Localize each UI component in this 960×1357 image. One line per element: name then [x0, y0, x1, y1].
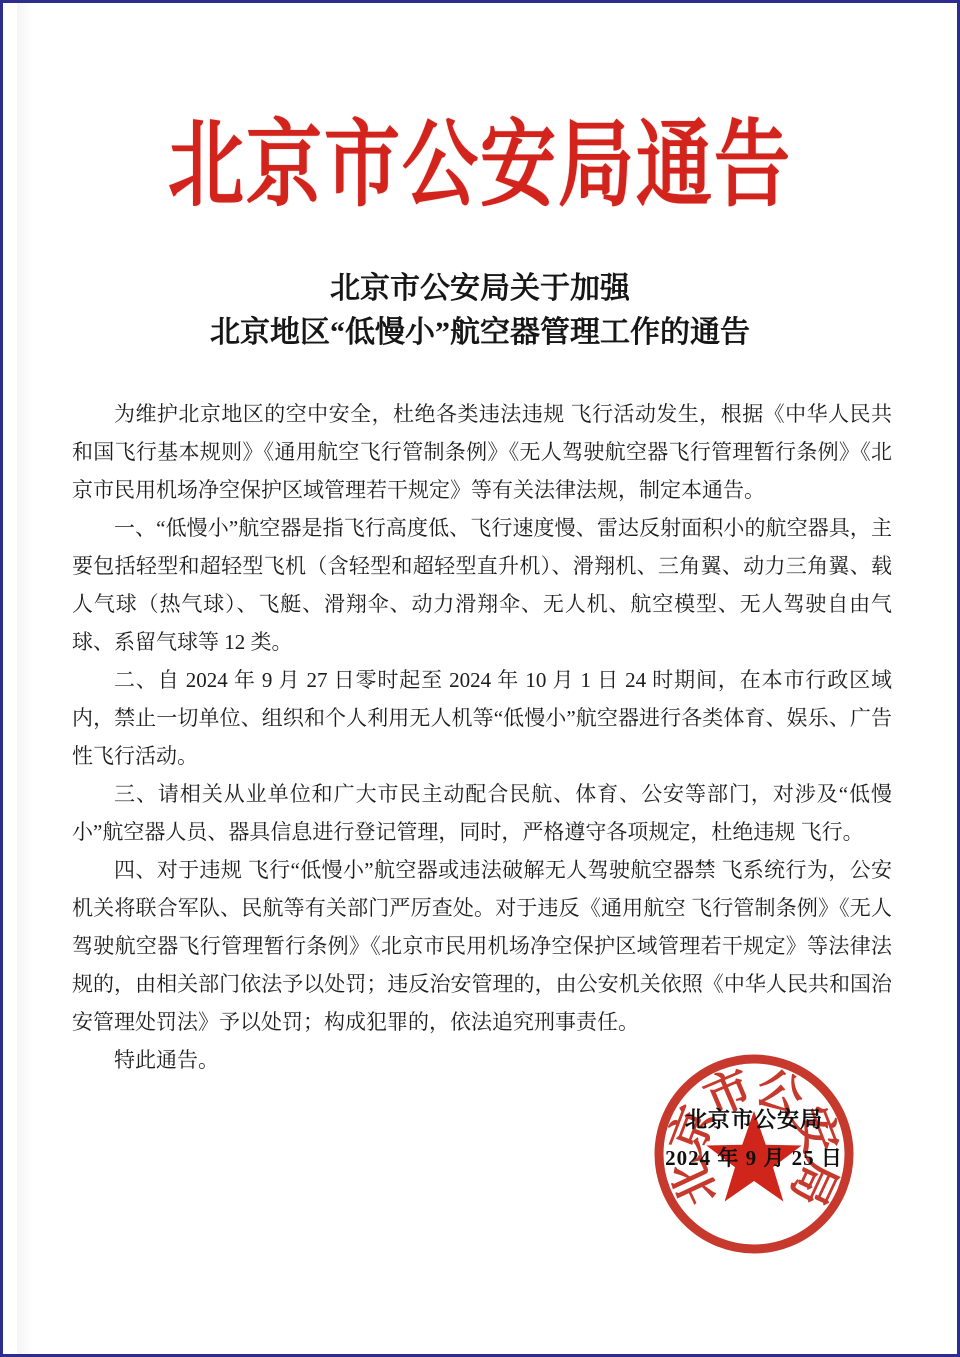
- paragraph-intro: 为维护北京地区的空中安全，杜绝各类违法违规 飞行活动发生，根据《中华人民共和国飞…: [72, 395, 892, 509]
- subtitle-line-1: 北京市公安局关于加强: [3, 267, 957, 311]
- page-title: 北京市公安局通告: [168, 88, 792, 223]
- paragraph-item-1: 一、“低慢小”航空器是指飞行高度低、飞行速度慢、雷达反射面积小的航空器具，主要包…: [72, 509, 892, 661]
- paragraph-item-4: 四、对于违规 飞行“低慢小”航空器或违法破解无人驾驶航空器禁 飞系统行为，公安机…: [72, 851, 892, 1041]
- notice-body: 为维护北京地区的空中安全，杜绝各类违法违规 飞行活动发生，根据《中华人民共和国飞…: [3, 395, 957, 1079]
- signature-date: 2024 年 9 月 25 日: [648, 1142, 860, 1172]
- subtitle-block: 北京市公安局关于加强 北京地区“低慢小”航空器管理工作的通告: [3, 267, 957, 355]
- signature-issuer: 北京市公安局: [648, 1103, 860, 1134]
- paragraph-item-2: 二、自 2024 年 9 月 27 日零时起至 2024 年 10 月 1 日 …: [72, 661, 892, 775]
- subtitle-line-2: 北京地区“低慢小”航空器管理工作的通告: [3, 311, 957, 355]
- paragraph-item-3: 三、请相关从业单位和广大市民主动配合民航、体育、公安等部门，对涉及“低慢小”航空…: [72, 775, 892, 851]
- title-block: 北京市公安局通告: [3, 97, 957, 215]
- notice-page: { "page": { "kind": "official-notice-sca…: [0, 0, 960, 1357]
